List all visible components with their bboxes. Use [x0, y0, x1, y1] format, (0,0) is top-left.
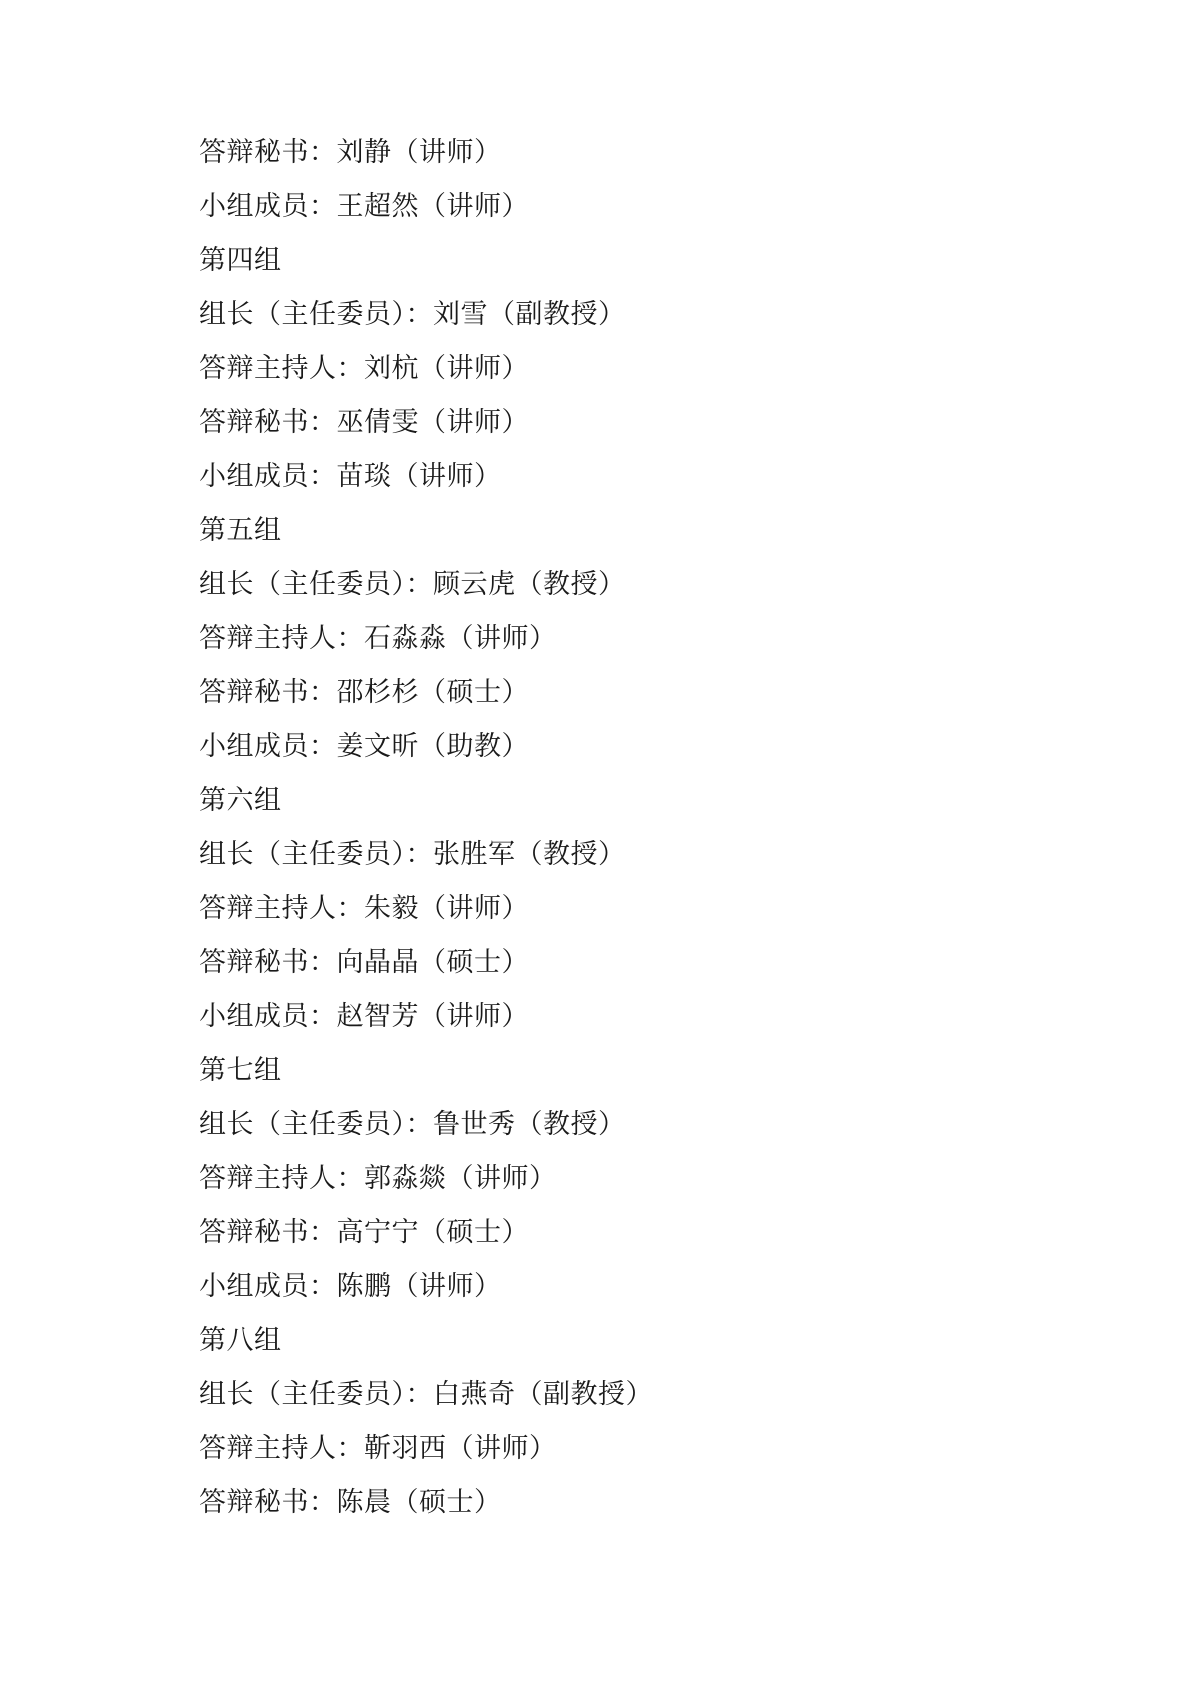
member-line: 组长（主任委员）：顾云虎（教授）: [199, 558, 1099, 612]
member-name: 刘杭: [364, 353, 419, 384]
member-line: 答辩主持人：石淼淼（讲师）: [199, 612, 1099, 666]
member-line: 答辩秘书：邵杉杉（硕士）: [199, 666, 1099, 720]
member-title: （讲师）: [419, 893, 529, 924]
member-title: （教授）: [516, 839, 626, 870]
member-title: （讲师）: [447, 1163, 557, 1194]
separator: ：: [337, 1433, 365, 1464]
separator: ：: [309, 461, 337, 492]
role-label: 答辩秘书: [199, 1217, 309, 1248]
member-line: 组长（主任委员）：刘雪（副教授）: [199, 288, 1099, 342]
role-label: 小组成员: [199, 731, 309, 762]
member-title: （讲师）: [447, 1433, 557, 1464]
group-heading: 第六组: [199, 774, 1099, 828]
member-name: 朱毅: [364, 893, 419, 924]
member-name: 陈鹏: [337, 1271, 392, 1302]
member-title: （讲师）: [419, 407, 529, 438]
role-label: 组长（主任委员）: [199, 1109, 406, 1140]
member-title: （硕士）: [419, 677, 529, 708]
role-label: 小组成员: [199, 191, 309, 222]
member-title: （讲师）: [419, 1001, 529, 1032]
member-line: 小组成员：苗琰（讲师）: [199, 450, 1099, 504]
member-line: 组长（主任委员）：白燕奇（副教授）: [199, 1368, 1099, 1422]
member-name: 苗琰: [337, 461, 392, 492]
role-label: 小组成员: [199, 1271, 309, 1302]
member-title: （硕士）: [392, 1487, 502, 1518]
role-label: 小组成员: [199, 1001, 309, 1032]
group-heading: 第八组: [199, 1314, 1099, 1368]
role-label: 组长（主任委员）: [199, 1379, 406, 1410]
separator: ：: [309, 731, 337, 762]
member-title: （讲师）: [419, 353, 529, 384]
role-label: 答辩秘书: [199, 677, 309, 708]
separator: ：: [309, 947, 337, 978]
member-line: 答辩秘书：陈晨（硕士）: [199, 1476, 1099, 1530]
member-name: 靳羽西: [364, 1433, 447, 1464]
separator: ：: [309, 1217, 337, 1248]
role-label: 答辩主持人: [199, 893, 337, 924]
role-label: 答辩秘书: [199, 407, 309, 438]
role-label: 答辩主持人: [199, 1433, 337, 1464]
member-title: （助教）: [419, 731, 529, 762]
separator: ：: [309, 1487, 337, 1518]
separator: ：: [337, 353, 365, 384]
member-line: 答辩主持人：郭淼燚（讲师）: [199, 1152, 1099, 1206]
member-line: 答辩主持人：靳羽西（讲师）: [199, 1422, 1099, 1476]
member-name: 白燕奇: [433, 1379, 516, 1410]
member-title: （硕士）: [419, 947, 529, 978]
member-title: （讲师）: [392, 1271, 502, 1302]
role-label: 答辩主持人: [199, 623, 337, 654]
member-line: 答辩主持人：朱毅（讲师）: [199, 882, 1099, 936]
member-name: 石淼淼: [364, 623, 447, 654]
group-heading: 第四组: [199, 234, 1099, 288]
role-label: 答辩主持人: [199, 1163, 337, 1194]
member-line: 小组成员：赵智芳（讲师）: [199, 990, 1099, 1044]
member-name: 姜文昕: [337, 731, 420, 762]
member-name: 鲁世秀: [433, 1109, 516, 1140]
separator: ：: [337, 1163, 365, 1194]
separator: ：: [309, 1001, 337, 1032]
member-name: 赵智芳: [337, 1001, 420, 1032]
separator: ：: [309, 191, 337, 222]
separator: ：: [309, 677, 337, 708]
role-label: 组长（主任委员）: [199, 839, 406, 870]
separator: ：: [309, 1271, 337, 1302]
member-name: 张胜军: [433, 839, 516, 870]
member-title: （讲师）: [419, 191, 529, 222]
member-name: 郭淼燚: [364, 1163, 447, 1194]
member-line: 答辩秘书：向晶晶（硕士）: [199, 936, 1099, 990]
role-label: 答辩秘书: [199, 1487, 309, 1518]
document-page: 答辩秘书：刘静（讲师） 小组成员：王超然（讲师） 第四组 组长（主任委员）：刘雪…: [199, 126, 1099, 1530]
separator: ：: [337, 623, 365, 654]
separator: ：: [406, 1109, 434, 1140]
separator: ：: [309, 137, 337, 168]
separator: ：: [406, 1379, 434, 1410]
member-title: （教授）: [516, 569, 626, 600]
member-name: 陈晨: [337, 1487, 392, 1518]
member-line: 小组成员：陈鹏（讲师）: [199, 1260, 1099, 1314]
group-heading: 第七组: [199, 1044, 1099, 1098]
member-line: 答辩秘书：刘静（讲师）: [199, 126, 1099, 180]
member-title: （讲师）: [392, 461, 502, 492]
separator: ：: [337, 893, 365, 924]
group-heading: 第五组: [199, 504, 1099, 558]
role-label: 答辩秘书: [199, 137, 309, 168]
member-title: （讲师）: [392, 137, 502, 168]
member-line: 小组成员：王超然（讲师）: [199, 180, 1099, 234]
member-line: 答辩秘书：高宁宁（硕士）: [199, 1206, 1099, 1260]
separator: ：: [406, 569, 434, 600]
member-title: （讲师）: [447, 623, 557, 654]
member-name: 向晶晶: [337, 947, 420, 978]
separator: ：: [309, 407, 337, 438]
member-line: 组长（主任委员）：鲁世秀（教授）: [199, 1098, 1099, 1152]
member-title: （副教授）: [488, 299, 626, 330]
member-name: 顾云虎: [433, 569, 516, 600]
role-label: 答辩主持人: [199, 353, 337, 384]
separator: ：: [406, 299, 434, 330]
member-line: 组长（主任委员）：张胜军（教授）: [199, 828, 1099, 882]
member-title: （教授）: [516, 1109, 626, 1140]
member-name: 巫倩雯: [337, 407, 420, 438]
member-line: 答辩秘书：巫倩雯（讲师）: [199, 396, 1099, 450]
separator: ：: [406, 839, 434, 870]
member-name: 刘雪: [433, 299, 488, 330]
member-name: 刘静: [337, 137, 392, 168]
role-label: 答辩秘书: [199, 947, 309, 978]
member-line: 答辩主持人：刘杭（讲师）: [199, 342, 1099, 396]
member-name: 邵杉杉: [337, 677, 420, 708]
member-title: （硕士）: [419, 1217, 529, 1248]
role-label: 组长（主任委员）: [199, 569, 406, 600]
member-name: 王超然: [337, 191, 420, 222]
member-line: 小组成员：姜文昕（助教）: [199, 720, 1099, 774]
member-title: （副教授）: [516, 1379, 654, 1410]
member-name: 高宁宁: [337, 1217, 420, 1248]
role-label: 组长（主任委员）: [199, 299, 406, 330]
role-label: 小组成员: [199, 461, 309, 492]
